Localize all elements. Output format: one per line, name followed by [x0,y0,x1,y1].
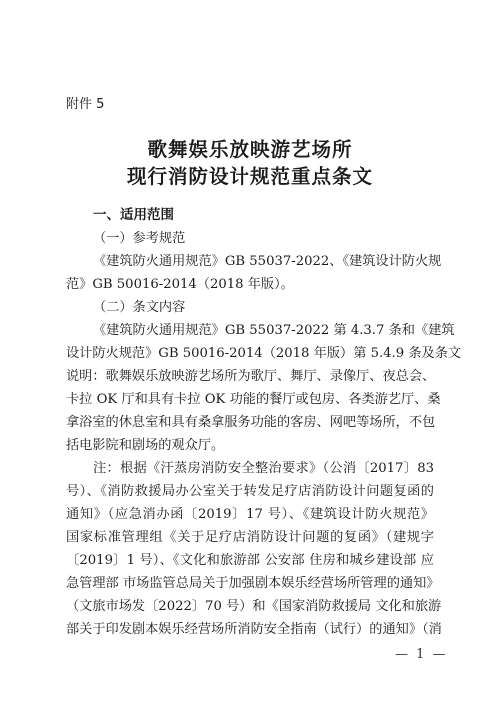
note-line: （文旅市场发〔2022〕70 号）和《国家消防救援局 文化和旅游 [66,595,434,618]
note-line: 急管理部 市场监管总局关于加强剧本娱乐经营场所管理的通知》 [66,572,434,595]
paragraph-line: 设计防火规范》GB 50016-2014（2018 年版）第 5.4.9 条及条… [66,342,434,365]
subsection-heading-reference: （一）参考规范 [66,227,434,250]
note-line: 通知》（应急消办函〔2019〕17 号）、《建筑设计防火规范》 [66,503,434,526]
paragraph-line: 拿浴室的休息室和具有桑拿服务功能的客房、网吧等场所，不包 [66,411,434,434]
note-line: 〔2019〕1 号）、《文化和旅游部 公安部 住房和城乡建设部 应 [66,549,434,572]
paragraph-line: 范》GB 50016-2014（2018 年版）。 [66,273,434,296]
note-line: 国家标准管理组《关于足疗店消防设计问题的复函》（建规字 [66,526,434,549]
page-number: — 1 — [395,647,448,662]
subsection-heading-content: （二）条文内容 [66,296,434,319]
document-title-line-2: 现行消防设计规范重点条文 [0,161,500,189]
note-line: 部关于印发剧本娱乐经营场所消防安全指南（试行）的通知》（消 [66,618,434,641]
paragraph-line: 《建筑防火通用规范》GB 55037-2022 第 4.3.7 条和《建筑 [66,319,434,342]
attachment-label: 附件 5 [66,93,104,112]
paragraph-line: 《建筑防火通用规范》GB 55037-2022、《建筑设计防火规 [66,250,434,273]
document-body: 一、适用范围 （一）参考规范 《建筑防火通用规范》GB 55037-2022、《… [66,204,434,641]
paragraph-line: 卡拉 OK 厅和具有卡拉 OK 功能的餐厅或包房、各类游艺厅、桑 [66,388,434,411]
paragraph-line: 括电影院和剧场的观众厅。 [66,434,434,457]
document-title-line-1: 歌舞娱乐放映游艺场所 [0,134,500,162]
paragraph-line: 说明：歌舞娱乐放映游艺场所为歌厅、舞厅、录像厅、夜总会、 [66,365,434,388]
note-line: 号）、《消防救援局办公室关于转发足疗店消防设计问题复函的 [66,480,434,503]
section-heading: 一、适用范围 [66,204,434,227]
note-line: 注：根据《汗蒸房消防安全整治要求》（公消〔2017〕83 [66,457,434,480]
